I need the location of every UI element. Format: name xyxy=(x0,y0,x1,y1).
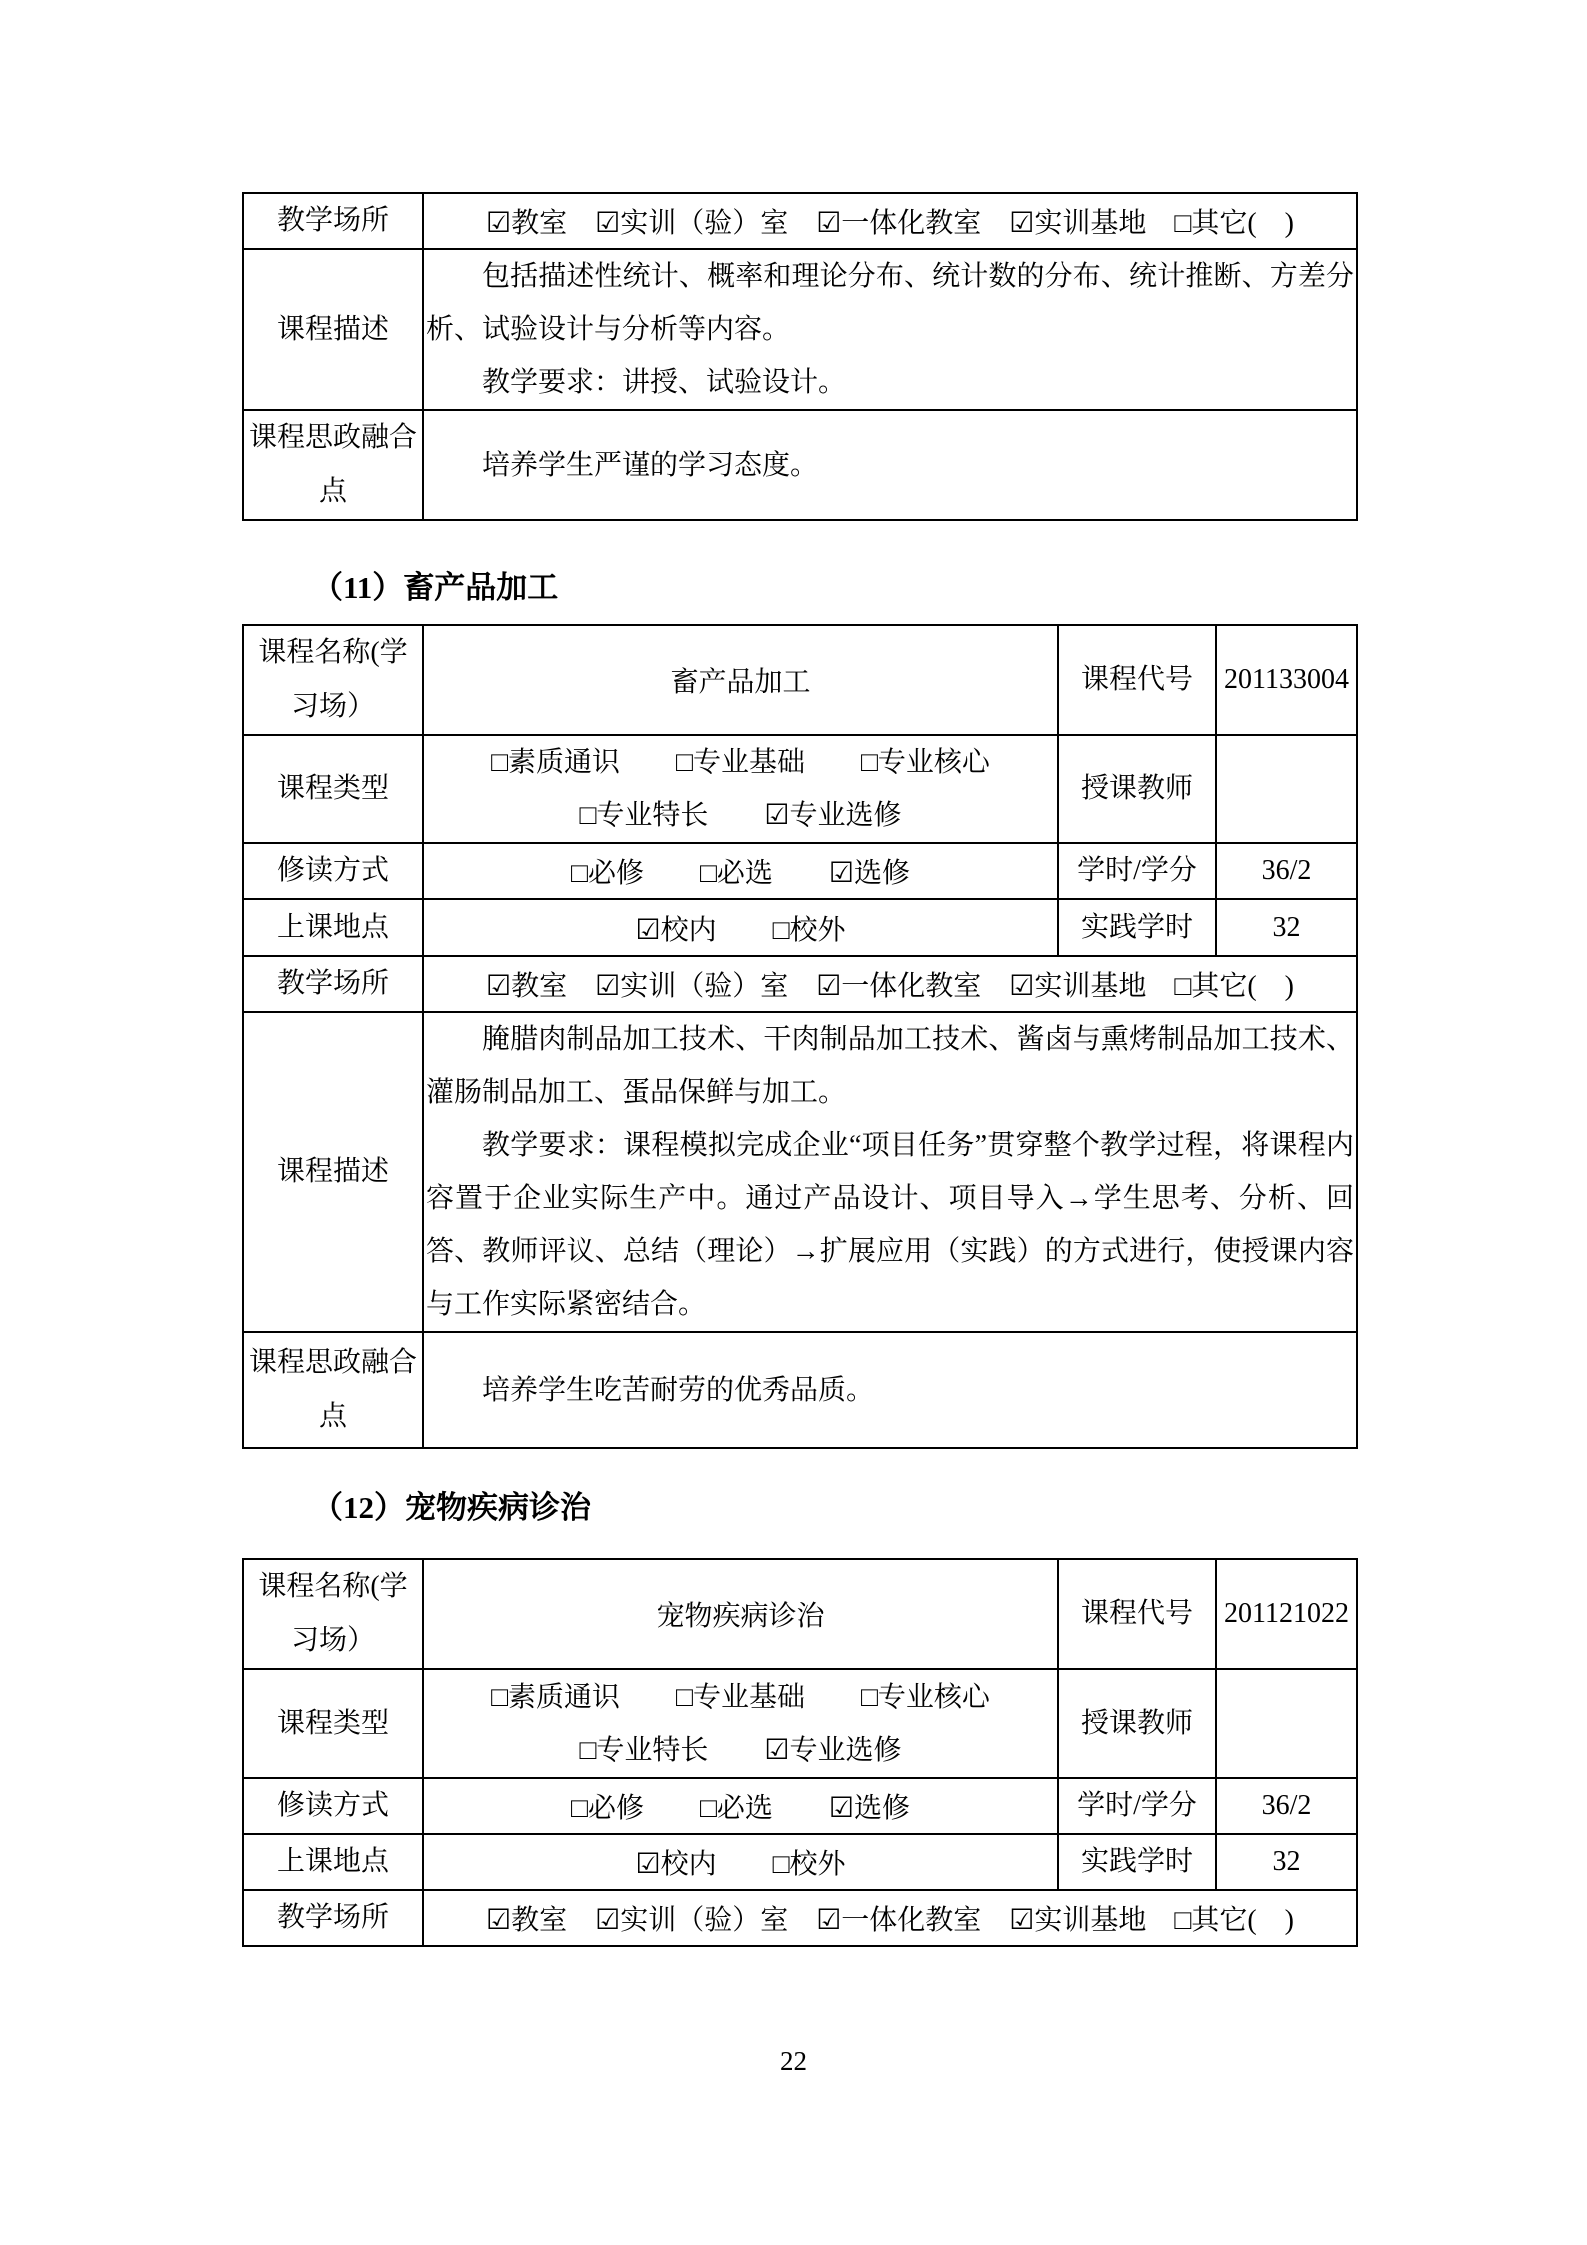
row-label-ideology-point: 课程思政融合点 xyxy=(243,410,423,520)
course-type-options-line2: □专业特长 ☑专业选修 xyxy=(426,1724,1055,1777)
table-row: 课程名称(学习场） 宠物疾病诊治 课程代号 201121022 xyxy=(243,1559,1357,1669)
table-row: 课程名称(学习场） 畜产品加工 课程代号 201133004 xyxy=(243,625,1357,735)
document-page: 教学场所 ☑教室 ☑实训（验）室 ☑一体化教室 ☑实训基地 □其它( ) 课程描… xyxy=(0,0,1587,2245)
section-heading-12: （12）宠物疾病诊治 xyxy=(312,1488,591,1528)
course-type-options: □素质通识 □专业基础 □专业核心 □专业特长 ☑专业选修 xyxy=(423,735,1058,843)
table-row: 课程描述 包括描述性统计、概率和理论分布、统计数的分布、统计推断、方差分析、试验… xyxy=(243,249,1357,410)
course-description-paragraph: 腌腊肉制品加工技术、干肉制品加工技术、酱卤与熏烤制品加工技术、灌肠制品加工、蛋品… xyxy=(426,1013,1354,1119)
row-label-course-type: 课程类型 xyxy=(243,735,423,843)
course-code-value: 201133004 xyxy=(1216,625,1357,735)
table-row: 上课地点 ☑校内 □校外 实践学时 32 xyxy=(243,899,1357,956)
table-row: 课程思政融合点 培养学生严谨的学习态度。 xyxy=(243,410,1357,520)
teaching-place-options: ☑教室 ☑实训（验）室 ☑一体化教室 ☑实训基地 □其它( ) xyxy=(423,956,1357,1012)
teaching-place-options: ☑教室 ☑实训（验）室 ☑一体化教室 ☑实训基地 □其它( ) xyxy=(423,193,1357,249)
teacher-value xyxy=(1216,735,1357,843)
row-label-course-description: 课程描述 xyxy=(243,249,423,410)
hours-credits-value: 36/2 xyxy=(1216,1778,1357,1834)
course-table-continued: 教学场所 ☑教室 ☑实训（验）室 ☑一体化教室 ☑实训基地 □其它( ) 课程描… xyxy=(242,192,1358,521)
practice-hours-label: 实践学时 xyxy=(1058,899,1216,956)
row-label-class-location: 上课地点 xyxy=(243,1834,423,1890)
course-name-value: 畜产品加工 xyxy=(423,625,1058,735)
row-label-teaching-place: 教学场所 xyxy=(243,193,423,249)
practice-hours-value: 32 xyxy=(1216,899,1357,956)
hours-credits-label: 学时/学分 xyxy=(1058,843,1216,899)
course-type-options-line1: □素质通识 □专业基础 □专业核心 xyxy=(426,736,1055,789)
teaching-place-options: ☑教室 ☑实训（验）室 ☑一体化教室 ☑实训基地 □其它( ) xyxy=(423,1890,1357,1946)
teacher-label: 授课教师 xyxy=(1058,735,1216,843)
class-location-options: ☑校内 □校外 xyxy=(423,1834,1058,1890)
practice-hours-value: 32 xyxy=(1216,1834,1357,1890)
row-label-course-type: 课程类型 xyxy=(243,1669,423,1778)
row-label-course-description: 课程描述 xyxy=(243,1012,423,1332)
ideology-point-text: 培养学生吃苦耐劳的优秀品质。 xyxy=(426,1364,1354,1417)
course-description-cell: 包括描述性统计、概率和理论分布、统计数的分布、统计推断、方差分析、试验设计与分析… xyxy=(423,249,1357,410)
row-label-course-name: 课程名称(学习场） xyxy=(243,625,423,735)
course-code-label: 课程代号 xyxy=(1058,625,1216,735)
table-row: 课程类型 □素质通识 □专业基础 □专业核心 □专业特长 ☑专业选修 授课教师 xyxy=(243,735,1357,843)
ideology-point-text: 培养学生严谨的学习态度。 xyxy=(426,439,1354,492)
table-row: 课程类型 □素质通识 □专业基础 □专业核心 □专业特长 ☑专业选修 授课教师 xyxy=(243,1669,1357,1778)
teacher-value xyxy=(1216,1669,1357,1778)
study-mode-options: □必修 □必选 ☑选修 xyxy=(423,843,1058,899)
course-code-value: 201121022 xyxy=(1216,1559,1357,1669)
section-heading-11: （11）畜产品加工 xyxy=(312,568,558,608)
row-label-teaching-place: 教学场所 xyxy=(243,1890,423,1946)
row-label-study-mode: 修读方式 xyxy=(243,843,423,899)
ideology-point-cell: 培养学生严谨的学习态度。 xyxy=(423,410,1357,520)
teaching-requirements-paragraph: 教学要求：课程模拟完成企业“项目任务”贯穿整个教学过程，将课程内容置于企业实际生… xyxy=(426,1119,1354,1331)
table-row: 教学场所 ☑教室 ☑实训（验）室 ☑一体化教室 ☑实训基地 □其它( ) xyxy=(243,956,1357,1012)
course-type-options-line1: □素质通识 □专业基础 □专业核心 xyxy=(426,1671,1055,1724)
table-row: 教学场所 ☑教室 ☑实训（验）室 ☑一体化教室 ☑实训基地 □其它( ) xyxy=(243,193,1357,249)
row-label-ideology-point: 课程思政融合点 xyxy=(243,1332,423,1448)
table-row: 教学场所 ☑教室 ☑实训（验）室 ☑一体化教室 ☑实训基地 □其它( ) xyxy=(243,1890,1357,1946)
course-type-options: □素质通识 □专业基础 □专业核心 □专业特长 ☑专业选修 xyxy=(423,1669,1058,1778)
row-label-class-location: 上课地点 xyxy=(243,899,423,956)
practice-hours-label: 实践学时 xyxy=(1058,1834,1216,1890)
table-row: 修读方式 □必修 □必选 ☑选修 学时/学分 36/2 xyxy=(243,1778,1357,1834)
course-code-label: 课程代号 xyxy=(1058,1559,1216,1669)
table-row: 修读方式 □必修 □必选 ☑选修 学时/学分 36/2 xyxy=(243,843,1357,899)
page-number: 22 xyxy=(0,2046,1587,2077)
row-label-study-mode: 修读方式 xyxy=(243,1778,423,1834)
row-label-teaching-place: 教学场所 xyxy=(243,956,423,1012)
study-mode-options: □必修 □必选 ☑选修 xyxy=(423,1778,1058,1834)
table-row: 课程描述 腌腊肉制品加工技术、干肉制品加工技术、酱卤与熏烤制品加工技术、灌肠制品… xyxy=(243,1012,1357,1332)
course-table-12: 课程名称(学习场） 宠物疾病诊治 课程代号 201121022 课程类型 □素质… xyxy=(242,1558,1358,1947)
teacher-label: 授课教师 xyxy=(1058,1669,1216,1778)
row-label-course-name: 课程名称(学习场） xyxy=(243,1559,423,1669)
class-location-options: ☑校内 □校外 xyxy=(423,899,1058,956)
course-table-11: 课程名称(学习场） 畜产品加工 课程代号 201133004 课程类型 □素质通… xyxy=(242,624,1358,1449)
ideology-point-cell: 培养学生吃苦耐劳的优秀品质。 xyxy=(423,1332,1357,1448)
course-description-cell: 腌腊肉制品加工技术、干肉制品加工技术、酱卤与熏烤制品加工技术、灌肠制品加工、蛋品… xyxy=(423,1012,1357,1332)
hours-credits-label: 学时/学分 xyxy=(1058,1778,1216,1834)
hours-credits-value: 36/2 xyxy=(1216,843,1357,899)
course-type-options-line2: □专业特长 ☑专业选修 xyxy=(426,789,1055,842)
course-description-paragraph: 包括描述性统计、概率和理论分布、统计数的分布、统计推断、方差分析、试验设计与分析… xyxy=(426,250,1354,356)
table-row: 课程思政融合点 培养学生吃苦耐劳的优秀品质。 xyxy=(243,1332,1357,1448)
teaching-requirements-paragraph: 教学要求：讲授、试验设计。 xyxy=(426,356,1354,409)
table-row: 上课地点 ☑校内 □校外 实践学时 32 xyxy=(243,1834,1357,1890)
course-name-value: 宠物疾病诊治 xyxy=(423,1559,1058,1669)
